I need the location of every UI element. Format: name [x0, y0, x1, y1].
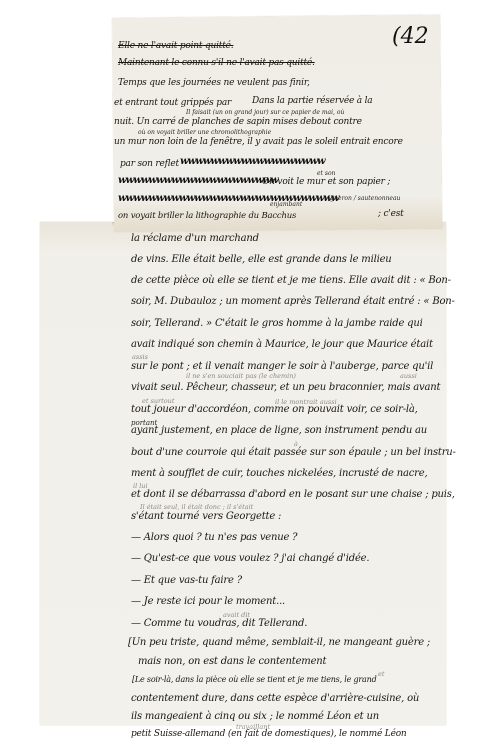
text-line: contentement dure, dans cette espèce d'a… — [131, 693, 419, 704]
text-line: — Je reste ici pour le moment... — [131, 596, 285, 607]
ink-note: enjambant — [270, 201, 302, 208]
pencil-note: avait dit — [223, 611, 250, 619]
ink-note: portant — [131, 419, 157, 427]
pencil-note: assis — [132, 353, 148, 361]
text-line: ayant justement, en place de ligne, son … — [131, 425, 427, 436]
text-line: sur le pont ; et il venait manger le soi… — [131, 361, 433, 372]
ink-note: Il faisait (un on grand jour) sur ce pap… — [186, 109, 344, 116]
pencil-note: il ne s'en souciait pas (le chemin) — [186, 372, 296, 380]
text-line: ; c'est — [378, 209, 404, 219]
text-line: avait indiqué son chemin à Maurice, le j… — [131, 339, 433, 350]
text-line: et dont il se débarrassa d'abord en le p… — [131, 489, 455, 500]
scribbled-out-text: wwwwwwwwwwwwwwwwwww — [180, 156, 325, 167]
text-line: — Et que vas-tu faire ? — [131, 575, 242, 586]
text-line: de cette pièce où elle se tient et je me… — [131, 275, 451, 286]
struck-line: Elle ne l'avait point quitté. — [118, 41, 233, 51]
text-line: [Un peu triste, quand même, semblait-il,… — [128, 637, 430, 648]
pencil-note: et surtout — [142, 397, 174, 405]
pencil-note: travaillant — [236, 723, 270, 731]
text-line: Dans la partie réservée à la — [252, 96, 372, 106]
ink-note: vigneron / sautenonneau — [325, 195, 400, 202]
pencil-note: et — [378, 670, 384, 678]
pencil-note: Il était seul, il était donc ; il s'étai… — [140, 503, 253, 511]
text-line: et entrant tout grippés par — [114, 98, 231, 108]
text-line: ment à soufflet de cuir, touches nickelé… — [131, 468, 427, 479]
text-line: [Le soir-là, dans la pièce où elle se ti… — [132, 675, 377, 684]
pencil-note: aussi — [400, 372, 417, 380]
text-line: soir, M. Dubauloz ; un moment après Tell… — [131, 296, 455, 307]
text-line: de vins. Elle était belle, elle est gran… — [131, 254, 392, 265]
text-line: Temps que les journées ne veulent pas fi… — [118, 78, 310, 88]
text-line: bout d'une courroie qui était passée sur… — [131, 447, 456, 458]
text-line: on voyait briller la lithographie du Bac… — [118, 211, 296, 221]
scribbled-out-text: wwwwwwwwwwwwwwwwwwwww — [118, 175, 278, 186]
ink-note: et son — [317, 170, 335, 177]
text-line: — Comme tu voudras, dit Tellerand. — [131, 618, 307, 629]
text-line: par son reflet — [120, 159, 179, 169]
text-line: — Qu'est-ce que vous voulez ? j'ai chang… — [131, 553, 369, 564]
text-line: ils mangeaient à cinq ou six ; le nommé … — [131, 711, 379, 722]
text-line: s'étant tourné vers Georgette : — [131, 511, 281, 522]
text-line: un mur non loin de la fenêtre, il y avai… — [114, 137, 403, 147]
text-line: nuit. Un carré de planches de sapin mise… — [114, 117, 362, 127]
text-line: la réclame d'un marchand — [131, 233, 259, 244]
struck-line: Maintenant le connu s'il ne l'avait pas … — [118, 58, 315, 68]
ink-note: où on voyait briller une chromolithograp… — [138, 129, 271, 136]
scribbled-out-text: wwwwwwwwwwwwwwwwwwwwwwwwwwwww — [118, 193, 339, 204]
pencil-note: il le montrait aussi — [275, 398, 337, 406]
text-line: soir, Tellerand. » C'était le gros homme… — [131, 318, 423, 329]
text-line: mais non, on est dans le contentement — [138, 656, 326, 667]
pencil-note: il lui — [133, 482, 148, 490]
text-line: — Alors quoi ? tu n'es pas venue ? — [131, 532, 297, 543]
text-line: vivait seul. Pêcheur, chasseur, et un pe… — [131, 382, 440, 393]
text-line: On voit le mur et son papier ; — [262, 177, 390, 187]
pencil-note: à — [294, 440, 298, 448]
page-number: (42 — [392, 24, 429, 49]
